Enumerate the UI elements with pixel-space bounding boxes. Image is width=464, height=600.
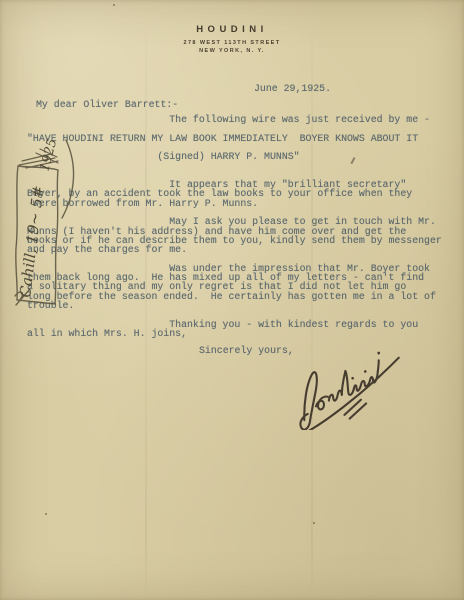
- letterhead-name: HOUDINI: [0, 24, 464, 35]
- signature-o: [314, 396, 331, 411]
- salutation: My dear Oliver Barrett:-: [36, 99, 178, 110]
- letter-page: HOUDINI 278 WEST 113TH STREET NEW YORK, …: [0, 0, 464, 600]
- letter-date: June 29,1925.: [254, 83, 331, 94]
- letterhead-address-line1: 278 WEST 113TH STREET: [0, 39, 464, 47]
- paper-speck: [113, 4, 115, 6]
- signature-cross-marks: [342, 399, 369, 420]
- margin-note-year: 1925: [37, 137, 60, 173]
- pencil-curve-flourish: [62, 140, 74, 218]
- houdini-signature: Houdini: [281, 332, 423, 430]
- paper-speck: [45, 513, 47, 515]
- signature-u: [327, 390, 343, 402]
- letterhead-address-line2: NEW YORK, N. Y.: [0, 47, 464, 55]
- letterhead: HOUDINI 278 WEST 113TH STREET NEW YORK, …: [0, 24, 464, 55]
- closing-line: Sincerely yours,: [199, 345, 294, 356]
- signature-end-dot: [377, 351, 380, 354]
- signature-i-dot: [351, 377, 354, 380]
- margin-note-text: Cahill, 19~ 5#: [16, 185, 48, 299]
- letter-body: The following wire was just received by …: [27, 115, 452, 338]
- signature-i-dot: [364, 370, 367, 373]
- paper-speck: [313, 522, 315, 524]
- pencil-margin-annotation: Cahill, 19~ 5# 1925: [6, 116, 86, 316]
